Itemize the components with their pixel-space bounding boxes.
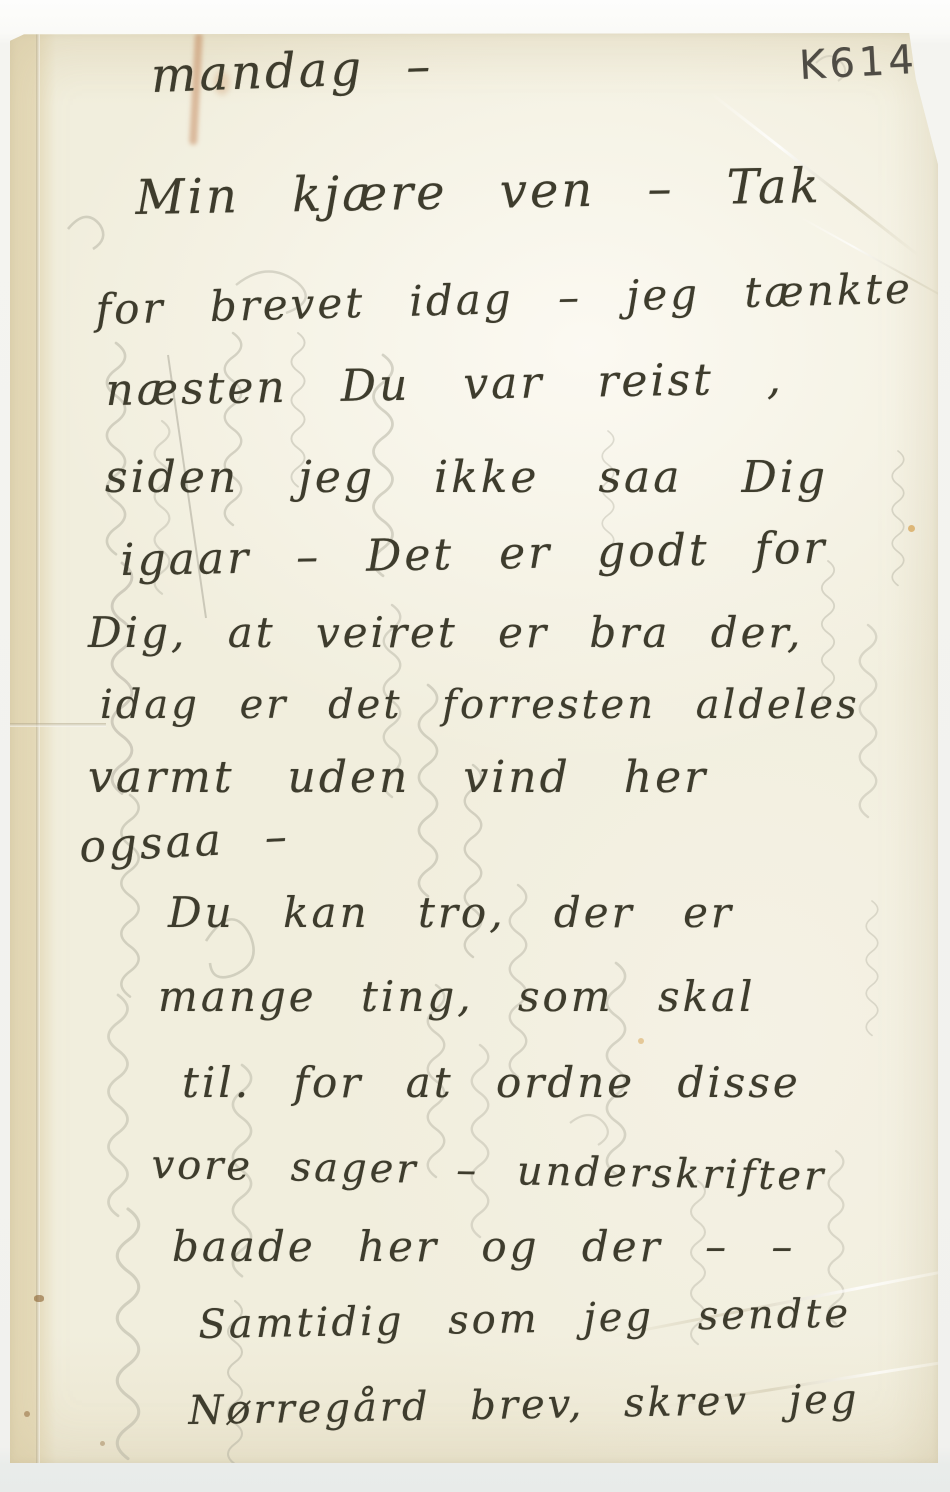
paper-stain: [100, 1441, 105, 1446]
handwritten-line: Du kan tro, der er: [168, 888, 734, 937]
horizontal-fold-line: [10, 723, 106, 727]
catalog-number-annotation: K614: [798, 37, 919, 89]
paper-stain: [638, 1038, 644, 1044]
vertical-fold-line: [36, 33, 40, 1463]
handwritten-line: baade her og der – –: [172, 1222, 795, 1271]
paper-stain: [908, 525, 915, 532]
handwritten-line: ogsaa –: [78, 811, 291, 873]
handwritten-line: varmt uden vind her: [88, 752, 708, 803]
handwritten-line: siden jeg ikke saa Dig: [105, 452, 828, 503]
handwritten-line: mange ting, som skal: [158, 972, 755, 1021]
paper-stain: [34, 1295, 44, 1302]
handwritten-line: næsten Du var reist ,: [105, 353, 784, 416]
paper-stain: [24, 1411, 30, 1417]
scanned-letter: { "letter": { "catalog_number": "K614", …: [0, 0, 950, 1492]
handwritten-line: vore sager – underskrifter: [151, 1142, 826, 1200]
handwritten-line: Dig, at veiret er bra der,: [88, 608, 803, 657]
handwritten-line: Nørregård brev, skrev jeg: [188, 1376, 860, 1434]
handwritten-line: til. for at ordne disse: [182, 1058, 801, 1107]
handwritten-line: mandag –: [150, 38, 434, 104]
letter-page: K614 mandag – Min kjære ven – Tak for br…: [10, 33, 938, 1463]
handwritten-line: igaar – Det er godt for: [120, 523, 828, 586]
handwritten-line: Samtidig som jeg sendte: [198, 1291, 851, 1348]
handwritten-line: Min kjære ven – Tak: [135, 158, 822, 226]
handwritten-line: for brevet idag – jeg tænkte: [95, 264, 914, 334]
handwritten-line: idag er det forresten aldeles: [100, 682, 860, 728]
